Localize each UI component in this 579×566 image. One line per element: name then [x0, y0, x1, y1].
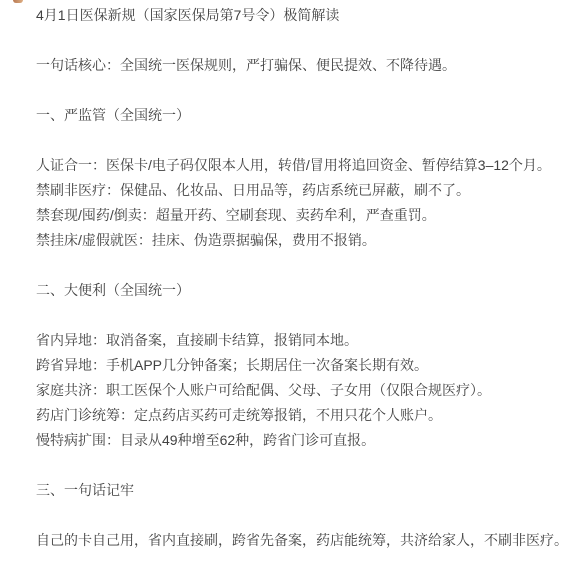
- section-2-heading: 二、大便利（全国统一）: [36, 278, 563, 303]
- core-summary: 一句话核心：全国统一医保规则，严打骗保、便民提效、不降待遇。: [36, 53, 563, 78]
- section-2-line-1: 省内异地：取消备案，直接刷卡结算，报销同本地。: [36, 328, 563, 353]
- section-2-line-4: 药店门诊统筹：定点药店买药可走统筹报销，不用只花个人账户。: [36, 403, 563, 428]
- article-title: 4月1日医保新规（国家医保局第7号令）极简解读: [36, 3, 563, 28]
- section-2-line-2: 跨省异地：手机APP几分钟备案；长期居住一次备案长期有效。: [36, 353, 563, 378]
- section-2-line-3: 家庭共济：职工医保个人账户可给配偶、父母、子女用（仅限合规医疗）。: [36, 378, 563, 403]
- article-body: 4月1日医保新规（国家医保局第7号令）极简解读 一句话核心：全国统一医保规则，严…: [0, 0, 579, 553]
- section-3-heading: 三、一句话记牢: [36, 478, 563, 503]
- blank-line: [36, 453, 563, 478]
- blank-line: [36, 78, 563, 103]
- blank-line: [36, 303, 563, 328]
- section-1-line-1: 人证合一：医保卡/电子码仅限本人用，转借/冒用将追回资金、暂停结算3–12个月。: [36, 153, 563, 178]
- section-1-line-2: 禁刷非医疗：保健品、化妆品、日用品等，药店系统已屏蔽，刷不了。: [36, 178, 563, 203]
- section-1-line-3: 禁套现/囤药/倒卖：超量开药、空刷套现、卖药牟利，严查重罚。: [36, 203, 563, 228]
- blank-line: [36, 253, 563, 278]
- section-3-line-1: 自己的卡自己用，省内直接刷，跨省先备案，药店能统筹，共济给家人，不刷非医疗。: [36, 528, 563, 553]
- blank-line: [36, 503, 563, 528]
- section-2-line-5: 慢特病扩围：目录从49种增至62种，跨省门诊可直报。: [36, 428, 563, 453]
- blank-line: [36, 128, 563, 153]
- section-1-heading: 一、严监管（全国统一）: [36, 103, 563, 128]
- section-1-line-4: 禁挂床/虚假就医：挂床、伪造票据骗保，费用不报销。: [36, 228, 563, 253]
- blank-line: [36, 28, 563, 53]
- article-page: 4月1日医保新规（国家医保局第7号令）极简解读 一句话核心：全国统一医保规则，严…: [0, 0, 579, 566]
